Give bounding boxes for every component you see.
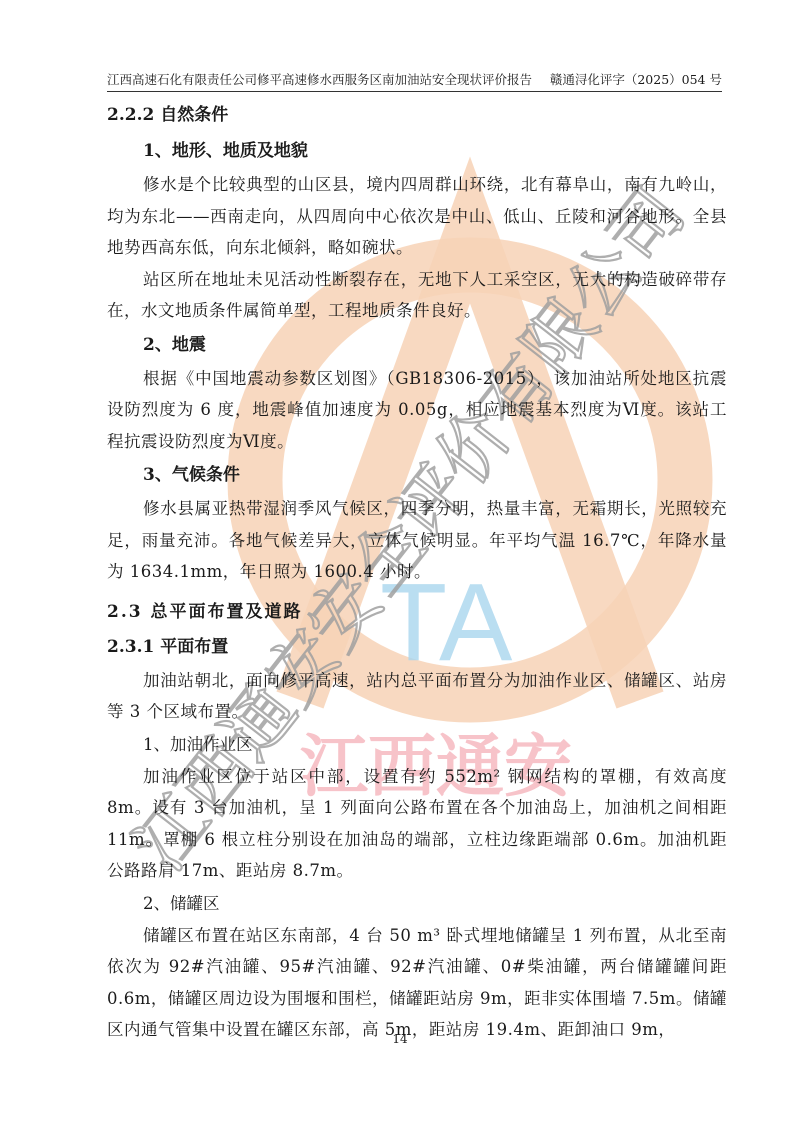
header-title: 江西高速石化有限责任公司修平高速修水西服务区南加油站安全现状评价报告 [107, 70, 532, 88]
page-header: 江西高速石化有限责任公司修平高速修水西服务区南加油站安全现状评价报告 赣通浔化评… [107, 66, 722, 92]
paragraph-tank-area: 储罐区布置在站区东南部，4 台 50 m³ 卧式埋地储罐呈 1 列布置，从北至南… [107, 920, 727, 1046]
section-heading-2-3-1: 2.3.1 平面布置 [107, 630, 727, 665]
paragraph-climate: 修水县属亚热带湿润季风气候区，四季分明，热量丰富，无霜期长，光照较充足，雨量充沛… [107, 493, 727, 588]
subheading-climate: 3、气候条件 [107, 457, 727, 493]
page-content: 2.2.2 自然条件 1、地形、地质及地貌 修水是个比较典型的山区县，境内四周群… [107, 98, 727, 1046]
paragraph-layout: 加油站朝北，面向修平高速，站内总平面布置分为加油作业区、储罐区、站房等 3 个区… [107, 665, 727, 728]
document-page: 江西高速石化有限责任公司修平高速修水西服务区南加油站安全现状评价报告 赣通浔化评… [0, 0, 800, 1131]
header-doc-number: 赣通浔化评字（2025）054 号 [550, 70, 722, 88]
paragraph-earthquake: 根据《中国地震动参数区划图》（GB18306-2015），该加油站所处地区抗震设… [107, 363, 727, 458]
subheading-tank-area: 2、储罐区 [107, 887, 727, 920]
subheading-fueling-area: 1、加油作业区 [107, 728, 727, 761]
section-heading-2-2-2: 2.2.2 自然条件 [107, 98, 727, 133]
subheading-terrain: 1、地形、地质及地貌 [107, 133, 727, 169]
section-heading-2-3: 2.3 总平面布置及道路 [107, 594, 727, 630]
paragraph-terrain: 修水是个比较典型的山区县，境内四周群山环绕，北有幕阜山，南有九岭山，均为东北——… [107, 169, 727, 264]
paragraph-fueling-area: 加油作业区位于站区中部，设置有约 552m² 钢网结构的罩棚，有效高度 8m。设… [107, 761, 727, 887]
paragraph-geology: 站区所在地址未见活动性断裂存在，无地下人工采空区，无大的构造破碎带存在，水文地质… [107, 264, 727, 327]
subheading-earthquake: 2、地震 [107, 327, 727, 363]
